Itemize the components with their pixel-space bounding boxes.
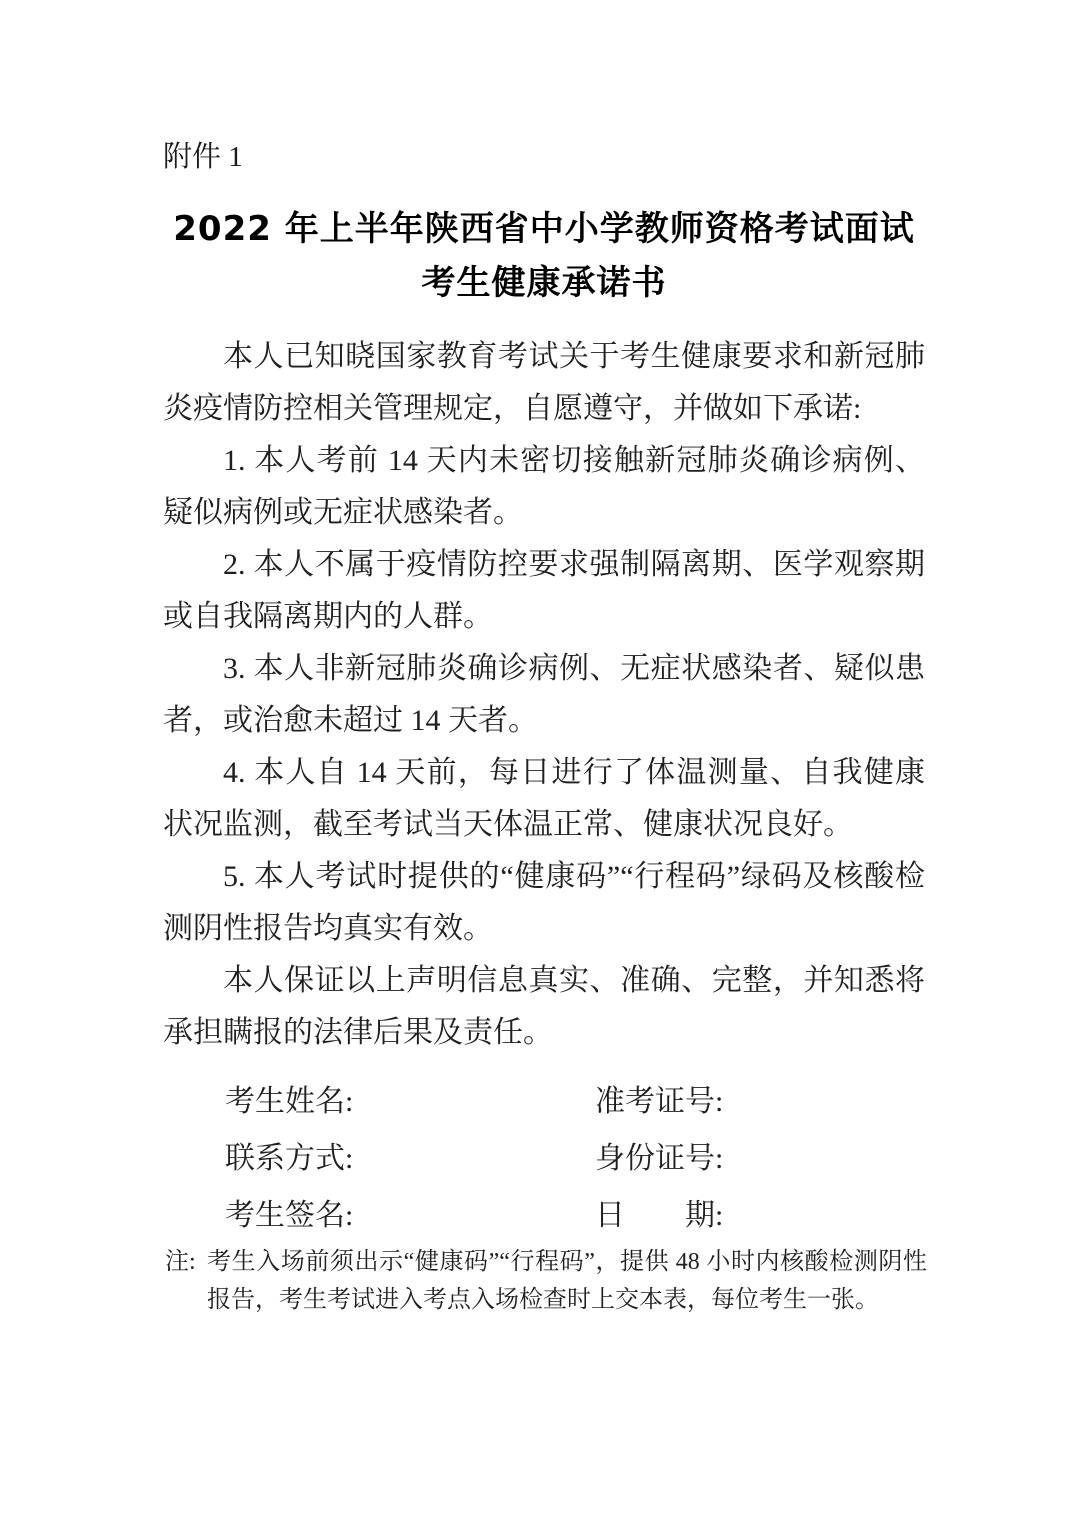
document-body: 本人已知晓国家教育考试关于考生健康要求和新冠肺炎疫情防控相关管理规定，自愿遵守，…	[163, 331, 925, 1059]
signature-form: 考生姓名: 准考证号: 联系方式: 身份证号: 考生签名: 日 期:	[163, 1076, 925, 1247]
contact-method-label: 联系方式:	[225, 1133, 353, 1177]
footnote: 注: 考生入场前须出示“健康码”“行程码”，提供 48 小时内核酸检测阴性报告，…	[165, 1243, 927, 1319]
form-row-signature-date: 考生签名: 日 期:	[163, 1190, 925, 1224]
document-page: 附件 1 2022 年上半年陕西省中小学教师资格考试面试 考生健康承诺书 本人已…	[0, 0, 1080, 1527]
paragraph-item-3: 3. 本人非新冠肺炎确诊病例、无症状感染者、疑似患者，或治愈未超过 14 天者。	[163, 643, 925, 747]
paragraph-intro: 本人已知晓国家教育考试关于考生健康要求和新冠肺炎疫情防控相关管理规定，自愿遵守，…	[163, 331, 925, 435]
paragraph-item-1: 1. 本人考前 14 天内未密切接触新冠肺炎确诊病例、疑似病例或无症状感染者。	[163, 435, 925, 539]
candidate-name-label: 考生姓名:	[225, 1076, 353, 1120]
paragraph-item-5: 5. 本人考试时提供的“健康码”“行程码”绿码及核酸检测阴性报告均真实有效。	[163, 851, 925, 955]
paragraph-guarantee: 本人保证以上声明信息真实、准确、完整，并知悉将承担瞒报的法律后果及责任。	[163, 955, 925, 1059]
paragraph-item-2: 2. 本人不属于疫情防控要求强制隔离期、医学观察期或自我隔离期内的人群。	[163, 539, 925, 643]
document-title-line2: 考生健康承诺书	[163, 256, 925, 310]
footnote-label: 注:	[165, 1243, 207, 1281]
date-label: 日 期:	[595, 1190, 723, 1234]
id-card-number-label: 身份证号:	[595, 1133, 723, 1177]
paragraph-item-4: 4. 本人自 14 天前，每日进行了体温测量、自我健康状况监测，截至考试当天体温…	[163, 747, 925, 851]
form-row-contact-id: 联系方式: 身份证号:	[163, 1133, 925, 1167]
document-title: 2022 年上半年陕西省中小学教师资格考试面试 考生健康承诺书	[163, 202, 925, 310]
footnote-text: 考生入场前须出示“健康码”“行程码”，提供 48 小时内核酸检测阴性报告，考生考…	[207, 1243, 927, 1319]
admission-ticket-number-label: 准考证号:	[595, 1076, 723, 1120]
attachment-label: 附件 1	[163, 140, 243, 174]
document-title-line1: 2022 年上半年陕西省中小学教师资格考试面试	[163, 202, 925, 256]
form-row-name-admission: 考生姓名: 准考证号:	[163, 1076, 925, 1110]
candidate-signature-label: 考生签名:	[225, 1190, 353, 1234]
